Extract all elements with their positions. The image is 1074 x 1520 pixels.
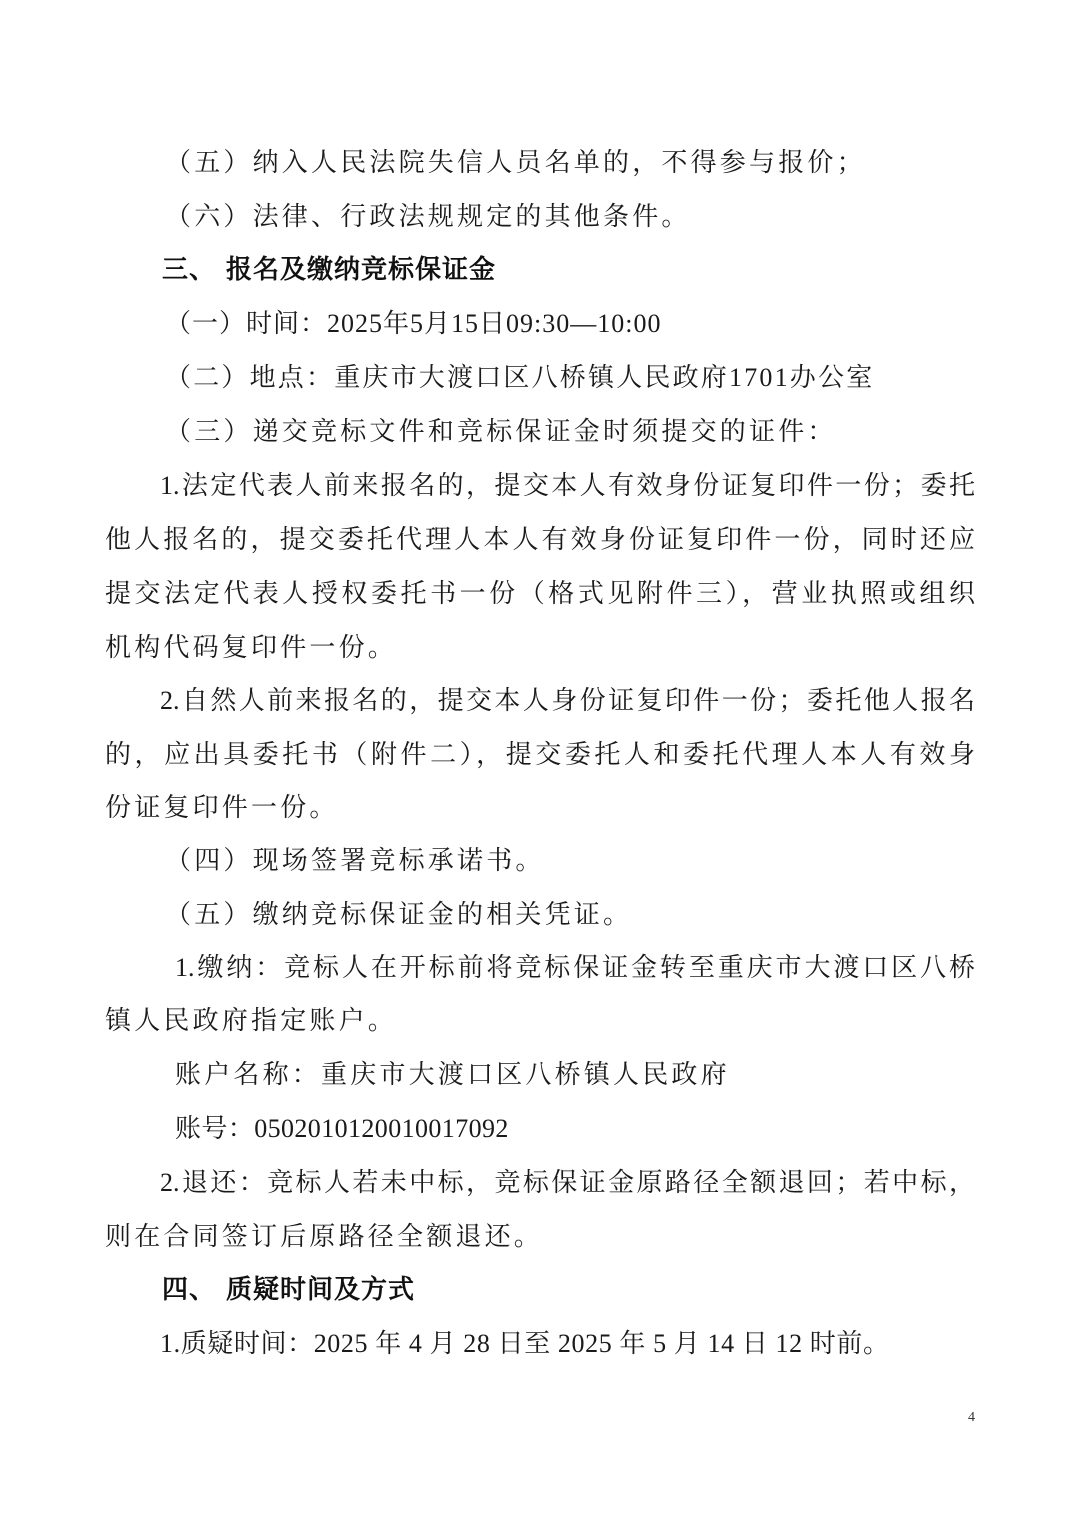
section-heading-registration-deposit: 三、 报名及缴纳竞标保证金 [162,253,496,287]
account-name: 账户名称：重庆市大渡口区八桥镇人民政府 [175,1058,730,1092]
legal-rep-paragraph-line-4: 机构代码复印件一份。 [105,631,397,665]
registration-location: （二）地点：重庆市大渡口区八桥镇人民政府1701办公室 [165,361,874,395]
document-page: （五）纳入人民法院失信人员名单的，不得参与报价； （六）法律、行政法规规定的其他… [0,0,1074,1520]
legal-rep-paragraph-line-1: 1.法定代表人前来报名的，提交本人有效身份证复印件一份；委托 [160,469,975,503]
legal-rep-paragraph-line-2: 他人报名的，提交委托代理人本人有效身份证复印件一份，同时还应 [105,523,975,557]
clause-4-sign-commitment: （四）现场签署竞标承诺书。 [165,844,545,878]
required-documents-intro: （三）递交竞标文件和竞标保证金时须提交的证件： [165,415,837,449]
natural-person-paragraph-line-3: 份证复印件一份。 [105,791,339,825]
legal-rep-paragraph-line-3: 提交法定代表人授权委托书一份（格式见附件三），营业执照或组织 [105,577,975,611]
refund-paragraph-line-2: 则在合同签订后原路径全额退还。 [105,1220,543,1254]
section-heading-inquiry: 四、 质疑时间及方式 [162,1273,415,1307]
registration-time: （一）时间：2025年5月15日09:30—10:00 [165,307,661,341]
clause-5-deposit-proof: （五）缴纳竞标保证金的相关凭证。 [165,898,632,932]
page-number: 4 [968,1410,975,1426]
inquiry-time: 1.质疑时间：2025 年 4 月 28 日至 2025 年 5 月 14 日 … [160,1327,890,1361]
account-number: 账号：0502010120010017092 [175,1112,509,1146]
payment-paragraph-line-1: 1.缴纳：竞标人在开标前将竞标保证金转至重庆市大渡口区八桥 [175,951,975,985]
natural-person-paragraph-line-2: 的，应出具委托书（附件二），提交委托人和委托代理人本人有效身 [105,738,975,772]
payment-paragraph-line-2: 镇人民政府指定账户。 [105,1004,397,1038]
refund-paragraph-line-1: 2.退还：竞标人若未中标，竞标保证金原路径全额退回；若中标， [160,1166,975,1200]
clause-6-other-conditions: （六）法律、行政法规规定的其他条件。 [165,200,691,234]
clause-5-dishonest-list: （五）纳入人民法院失信人员名单的，不得参与报价； [165,146,866,180]
natural-person-paragraph-line-1: 2.自然人前来报名的，提交本人身份证复印件一份；委托他人报名 [160,684,975,718]
